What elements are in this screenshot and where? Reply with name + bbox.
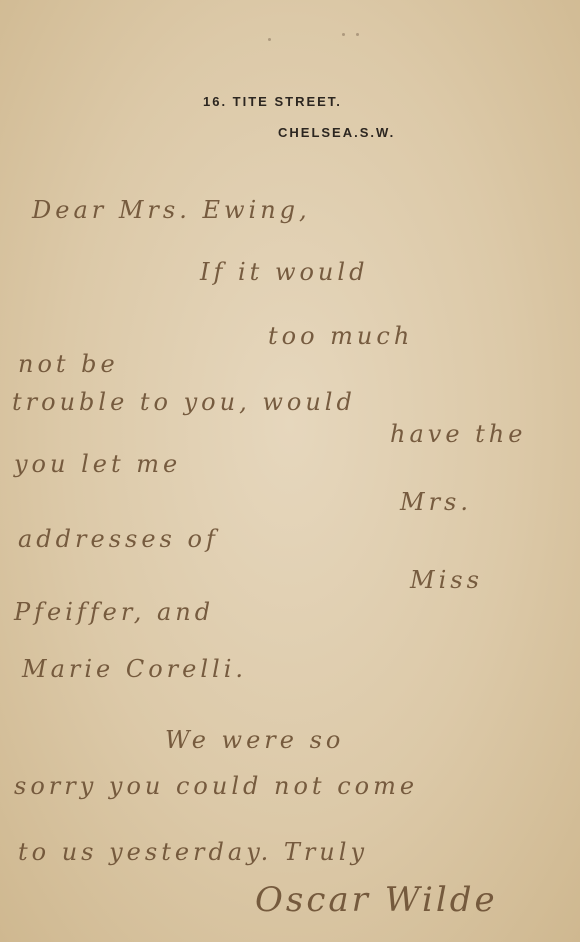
letterhead-district: CHELSEA.S.W. xyxy=(278,125,395,140)
letter-line: too much xyxy=(268,322,413,350)
letter-line: We were so xyxy=(165,726,344,754)
letter-line: Miss xyxy=(410,566,483,594)
letter-line: Pfeiffer, and xyxy=(14,598,214,626)
salutation: Dear Mrs. Ewing, xyxy=(32,196,311,224)
letter-line: to us yesterday. Truly xyxy=(18,838,368,866)
letter-line: sorry you could not come xyxy=(14,772,418,800)
letter-line: you let me xyxy=(14,450,181,478)
letter-line: have the xyxy=(390,420,526,448)
paper-speck xyxy=(342,33,345,36)
letter-line: Marie Corelli. xyxy=(22,655,247,683)
letter-line: trouble to you, would xyxy=(12,388,356,416)
letter-line: addresses of xyxy=(18,525,219,553)
letter-line: Mrs. xyxy=(400,488,472,516)
letterhead-street: 16. TITE STREET. xyxy=(203,94,342,109)
paper-speck xyxy=(268,38,271,41)
paper-speck xyxy=(356,33,359,36)
letter-line: not be xyxy=(18,350,119,378)
letter-line: If it would xyxy=(200,258,368,286)
letter-sheet: 16. TITE STREET. CHELSEA.S.W. Dear Mrs. … xyxy=(0,0,580,942)
signature: Oscar Wilde xyxy=(255,880,498,920)
